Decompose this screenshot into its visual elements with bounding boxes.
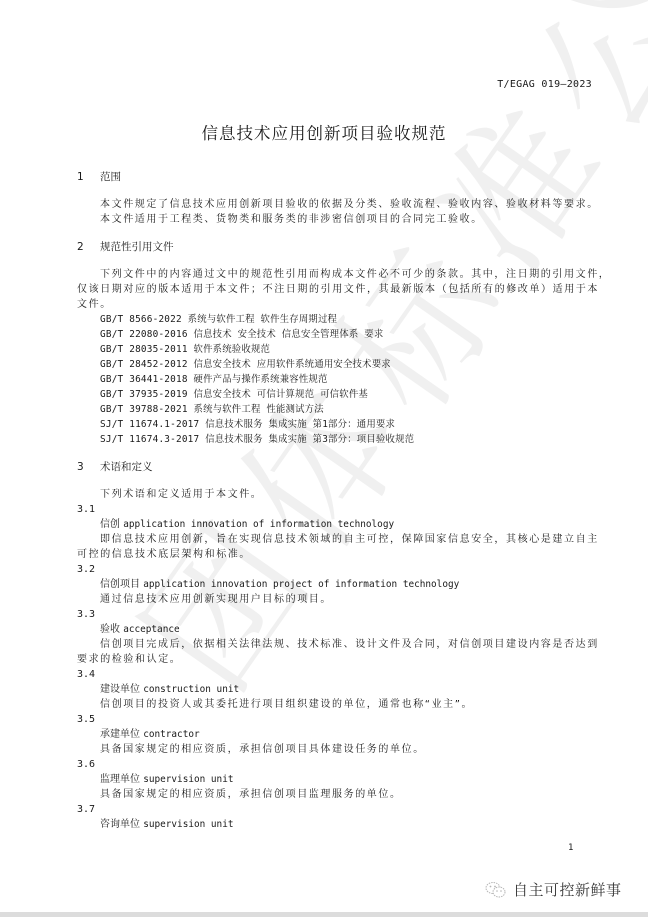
term-heading: 信创 application innovation of information… [100,518,394,531]
brand-label: 自主可控新鲜事 [513,879,622,900]
reference-item: GB/T 36441-2018 硬件产品与操作系统兼容性规范 [100,373,328,386]
term-zh: 承建单位 [100,729,140,740]
document-title: 信息技术应用创新项目验收规范 [0,120,648,144]
term-en: supervision unit [143,774,233,785]
reference-item: SJ/T 11674.3-2017 信息技术服务 集成实施 第3部分：项目验收规… [100,433,414,446]
reference-item: GB/T 22080-2016 信息技术 安全技术 信息安全管理体系 要求 [100,328,383,341]
paragraph: 本文件适用于工程类、货物类和服务类的非涉密信创项目的合同完工验收。 [100,213,483,226]
term-en: construction unit [143,684,239,695]
term-en: acceptance [123,624,179,635]
section-1-heading: 1范围 [77,171,121,184]
term-definition: 可控的信息技术底层架构和标准。 [77,548,251,561]
term-definition: 具备国家规定的相应资质，承担信创项目监理服务的单位。 [100,788,402,801]
reference-item: GB/T 39788-2021 系统与软件工程 性能测试方法 [100,403,324,416]
term-en: application innovation project of inform… [143,579,459,590]
term-zh: 咨询单位 [100,819,140,830]
section-number: 2 [77,241,100,254]
term-definition: 要求的检验和认定。 [77,653,181,666]
wechat-icon [485,881,507,899]
term-definition: 通过信息技术应用创新实现用户目标的项目。 [100,593,332,606]
term-zh: 监理单位 [100,774,140,785]
term-en: supervision unit [143,819,233,830]
page-number: 1 [568,843,573,853]
section-number: 3 [77,461,100,474]
term-definition: 即信息技术应用创新，旨在实现信息技术领域的自主可控，保障国家信息安全，其核心是建… [100,533,599,546]
document-page: 团体标准公示 T/EGAG 019—2023 信息技术应用创新项目验收规范 1范… [0,0,648,912]
clause-number: 3.3 [77,608,95,621]
reference-item: GB/T 8566-2022 系统与软件工程 软件生存周期过程 [100,313,337,326]
paragraph: 文件。 [77,298,112,311]
reference-item: GB/T 37935-2019 信息安全技术 可信计算规范 可信软件基 [100,388,368,401]
reference-item: GB/T 28452-2012 信息安全技术 应用软件系统通用安全技术要求 [100,358,391,371]
section-number: 1 [77,171,100,184]
term-en: application innovation of information te… [123,519,394,530]
paragraph: 仅该日期对应的版本适用于本文件；不注日期的引用文件，其最新版本（包括所有的修改单… [77,283,599,296]
clause-number: 3.5 [77,713,95,726]
term-definition: 信创项目的投资人或其委托进行项目组织建设的单位，通常也称“业主”。 [100,698,473,711]
clause-number: 3.7 [77,803,95,816]
term-heading: 咨询单位 supervision unit [100,818,234,831]
bottom-edge [0,912,648,917]
section-3-heading: 3术语和定义 [77,461,153,474]
section-2-heading: 2规范性引用文件 [77,241,174,254]
reference-item: SJ/T 11674.1-2017 信息技术服务 集成实施 第1部分：通用要求 [100,418,395,431]
term-zh: 验收 [100,624,120,635]
term-heading: 承建单位 contractor [100,728,200,741]
section-title: 范围 [100,171,121,183]
document-code: T/EGAG 019—2023 [497,79,592,90]
paragraph: 本文件规定了信息技术应用创新项目验收的依据及分类、验收流程、验收内容、验收材料等… [100,198,599,211]
section-title: 规范性引用文件 [100,241,174,253]
paragraph: 下列术语和定义适用于本文件。 [100,488,262,501]
paragraph: 下列文件中的内容通过文中的规范性引用而构成本文件必不可少的条款。其中，注日期的引… [100,268,610,281]
term-zh: 建设单位 [100,684,140,695]
brand-watermark: 自主可控新鲜事 [485,879,622,900]
clause-number: 3.1 [77,503,95,516]
clause-number: 3.4 [77,668,95,681]
term-heading: 建设单位 construction unit [100,683,239,696]
term-zh: 信创项目 [100,579,140,590]
section-title: 术语和定义 [100,461,153,473]
term-definition: 信创项目完成后，依据相关法律法规、技术标准、设计文件及合同，对信创项目建设内容是… [100,638,599,651]
clause-number: 3.6 [77,758,95,771]
term-heading: 监理单位 supervision unit [100,773,234,786]
clause-number: 3.2 [77,563,95,576]
term-en: contractor [143,729,199,740]
term-definition: 具备国家规定的相应资质，承担信创项目具体建设任务的单位。 [100,743,425,756]
term-heading: 验收 acceptance [100,623,180,636]
term-heading: 信创项目 application innovation project of i… [100,578,459,591]
term-zh: 信创 [100,519,120,530]
reference-item: GB/T 28035-2011 软件系统验收规范 [100,343,270,356]
